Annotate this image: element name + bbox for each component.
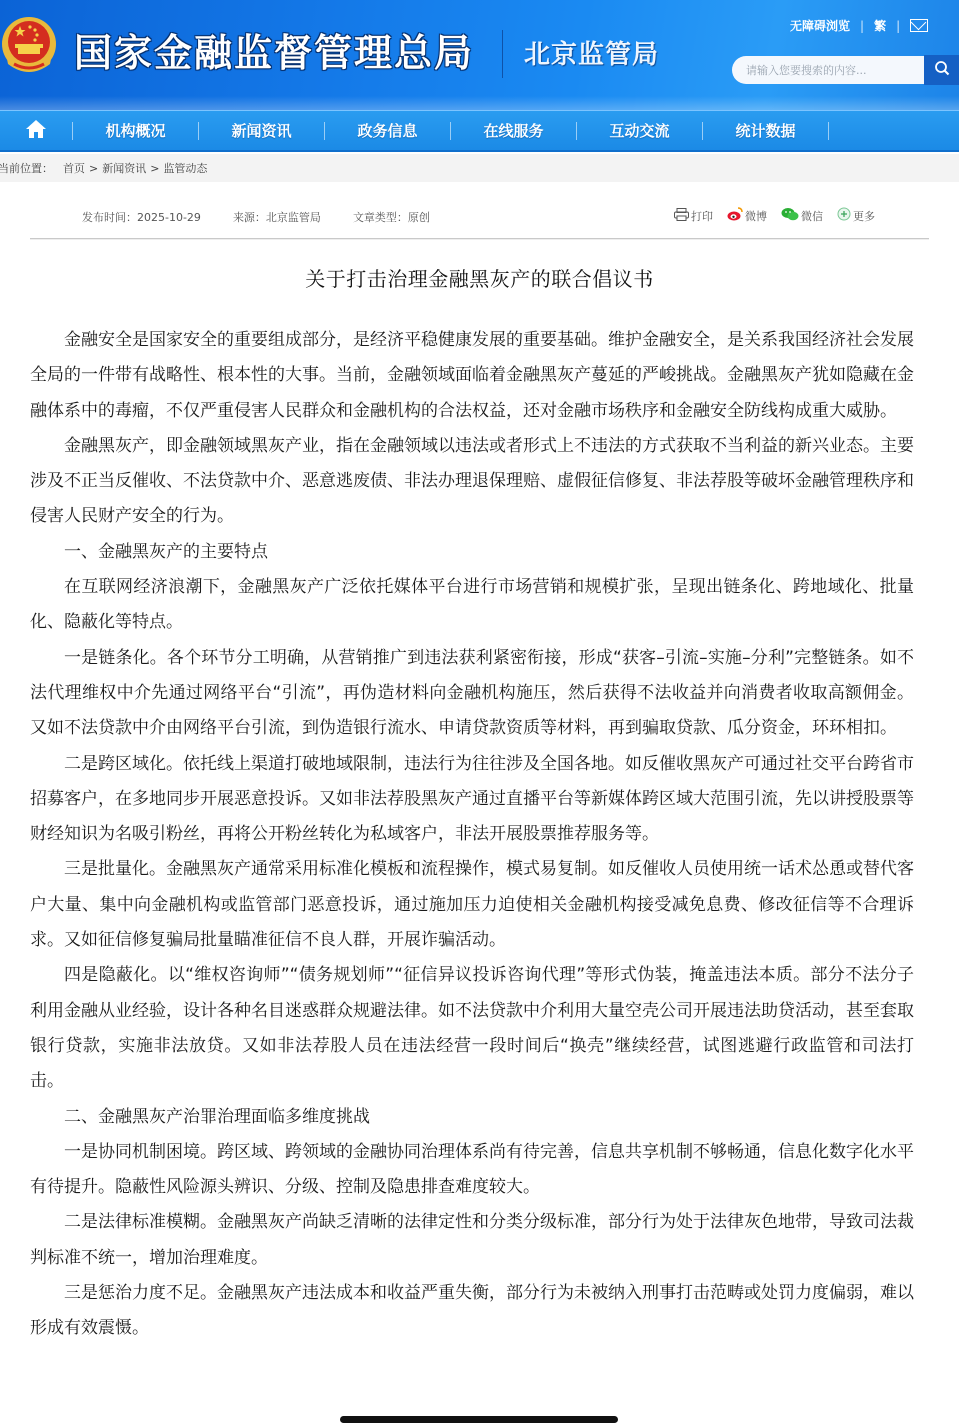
nav-separator [828,122,829,140]
article-paragraph: 三是惩治力度不足。金融黑灰产违法成本和收益严重失衡，部分行为未被纳入刑事打击范畴… [30,1276,914,1347]
home-indicator-bar[interactable] [340,1416,618,1423]
nav-item-about[interactable]: 机构概况 [73,120,198,141]
nav-item-online-services[interactable]: 在线服务 [451,120,576,141]
article-paragraph: 一是链条化。各个环节分工明确，从营销推广到违法获利紧密衔接，形成“获客–引流–实… [30,641,914,747]
search-input[interactable] [732,56,924,84]
site-title[interactable]: 国家金融监督管理总局 [74,22,474,77]
link-separator: | [896,19,900,33]
article-paragraph: 二是跨区域化。依托线上渠道打破地域限制，违法行为往往涉及全国各地。如反催收黑灰产… [30,747,914,853]
breadcrumb-news[interactable]: 新闻资讯 [102,160,146,176]
search-button[interactable] [924,55,959,85]
breadcrumb-regulatory-updates[interactable]: 监管动态 [163,160,207,176]
breadcrumb-home[interactable]: 首页 [63,160,85,176]
sub-bureau-title[interactable]: 北京监管局 [524,34,659,71]
top-links: 无障碍浏览 | 繁 | [790,17,928,34]
traditional-chinese-link[interactable]: 繁 [874,17,886,34]
section-heading: 二、金融黑灰产治罪治理面临多维度挑战 [30,1100,914,1135]
more-label: 更多 [853,208,875,224]
article-title: 关于打击治理金融黑灰产的联合倡议书 [0,263,959,292]
nav-item-statistics[interactable]: 统计数据 [703,120,828,141]
wechat-label: 微信 [801,208,823,224]
print-button[interactable]: 打印 [674,208,713,224]
print-label: 打印 [691,208,713,224]
wechat-icon [781,207,799,224]
nav-item-interaction[interactable]: 互动交流 [577,120,702,141]
national-emblem-icon [0,14,58,80]
article-paragraph: 在互联网经济浪潮下，金融黑灰产广泛依托媒体平台进行市场营销和规模扩张，呈现出链条… [30,570,914,641]
publish-time: 发布时间：2025-10-29 [82,209,201,225]
accessibility-link[interactable]: 无障碍浏览 [790,17,850,34]
link-separator: | [860,19,864,33]
breadcrumb-separator: > [89,162,98,175]
plus-circle-icon [837,207,851,224]
article-paragraph: 四是隐蔽化。以“维权咨询师”“债务规划师”“征信异议投诉咨询代理”等形式伪装，掩… [30,958,914,1099]
breadcrumb-separator: > [150,162,159,175]
meta-divider [30,238,929,239]
wechat-share-button[interactable]: 微信 [781,207,823,224]
header-divider [502,30,503,78]
site-header: 国家金融监督管理总局 北京监管局 无障碍浏览 | 繁 | [0,0,959,110]
section-heading: 一、金融黑灰产的主要特点 [30,535,914,570]
article-paragraph: 三是批量化。金融黑灰产通常采用标准化模板和流程操作，模式易复制。如反催收人员使用… [30,852,914,958]
nav-item-news[interactable]: 新闻资讯 [199,120,324,141]
main-nav: 机构概况 新闻资讯 政务信息 在线服务 互动交流 统计数据 [0,110,959,152]
article-source: 来源：北京监管局 [233,209,321,225]
article-type: 文章类型：原创 [353,209,430,225]
nav-home[interactable] [0,111,72,151]
weibo-label: 微博 [745,208,767,224]
article-paragraph: 二是法律标准模糊。金融黑灰产尚缺乏清晰的法律定性和分类分级标准，部分行为处于法律… [30,1205,914,1276]
share-tools: 打印 微博 微信 [674,207,875,224]
more-share-button[interactable]: 更多 [837,207,875,224]
search-icon [934,60,950,80]
printer-icon [674,208,689,224]
weibo-share-button[interactable]: 微博 [727,207,767,224]
nav-item-government-info[interactable]: 政务信息 [325,120,450,141]
breadcrumb: 当前位置： 首页 > 新闻资讯 > 监管动态 [0,154,959,182]
article-paragraph: 金融黑灰产，即金融领域黑灰产业，指在金融领域以违法或者形式上不违法的方式获取不当… [30,429,914,535]
weibo-icon [727,207,743,224]
breadcrumb-prefix: 当前位置： [0,160,53,176]
article-body: 金融安全是国家安全的重要组成部分，是经济平稳健康发展的重要基础。维护金融安全，是… [30,323,914,1347]
article-paragraph: 一是协同机制困境。跨区域、跨领域的金融协同治理体系尚有待完善，信息共享机制不够畅… [30,1135,914,1206]
article-paragraph: 金融安全是国家安全的重要组成部分，是经济平稳健康发展的重要基础。维护金融安全，是… [30,323,914,429]
search-box [732,55,959,85]
home-icon [25,119,47,143]
mail-icon[interactable] [910,19,928,32]
